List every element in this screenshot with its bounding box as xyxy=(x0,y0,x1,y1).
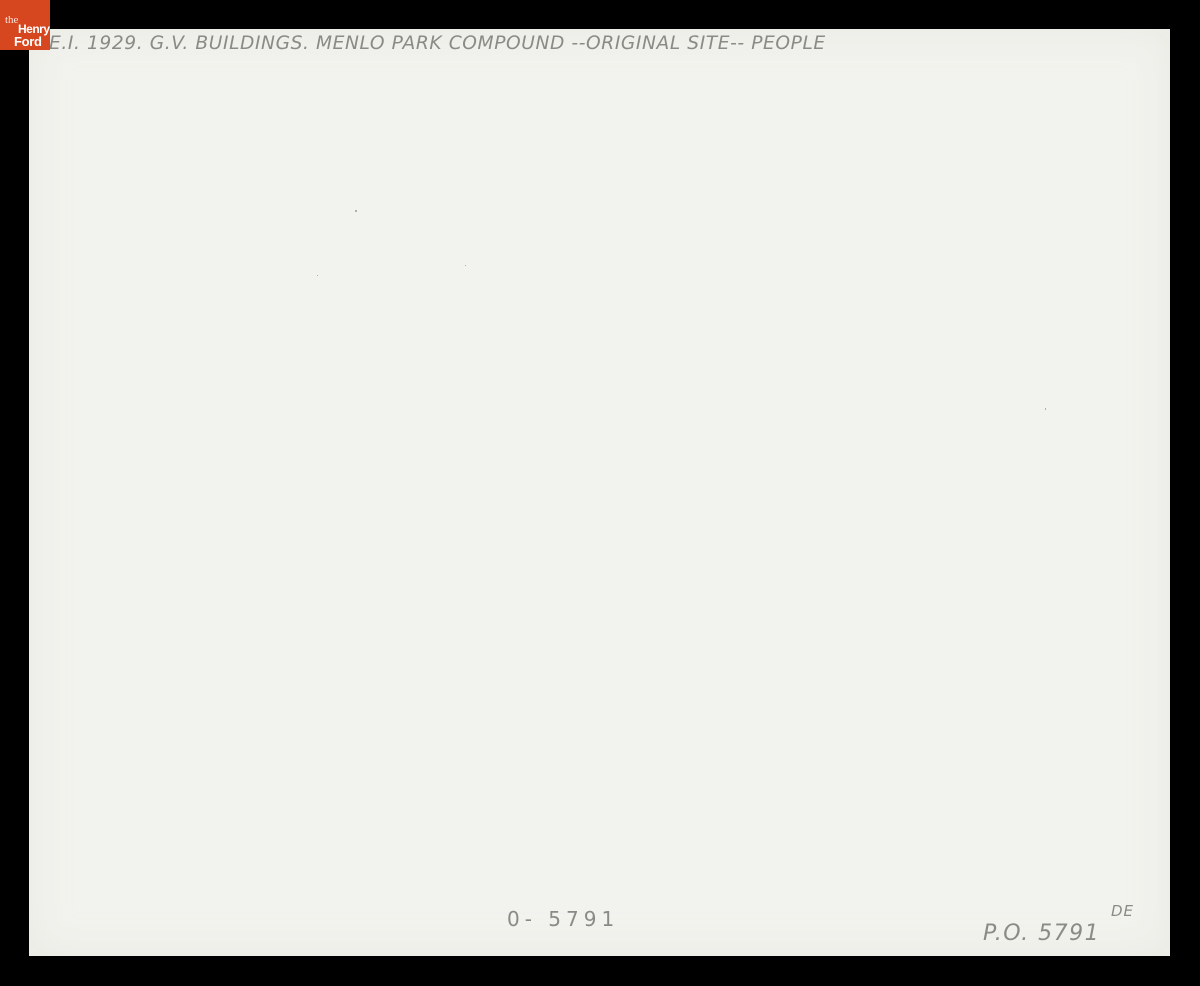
handwritten-caption: E.I. 1929. G.V. BUILDINGS. MENLO PARK CO… xyxy=(49,32,826,54)
paper-speck xyxy=(1045,408,1046,410)
photo-back-paper: E.I. 1929. G.V. BUILDINGS. MENLO PARK CO… xyxy=(29,29,1170,956)
the-henry-ford-logo: the Henry Ford xyxy=(0,0,50,50)
object-number-right: P.O. 5791 xyxy=(983,921,1100,946)
object-number-center: 0- 5791 xyxy=(507,907,619,931)
paper-speck xyxy=(355,210,357,212)
logo-text-the: the xyxy=(5,15,18,26)
paper-speck xyxy=(465,265,466,266)
paper-speck xyxy=(317,275,318,276)
logo-text-ford: Ford xyxy=(14,35,42,48)
cataloger-initials: DE xyxy=(1111,902,1134,920)
